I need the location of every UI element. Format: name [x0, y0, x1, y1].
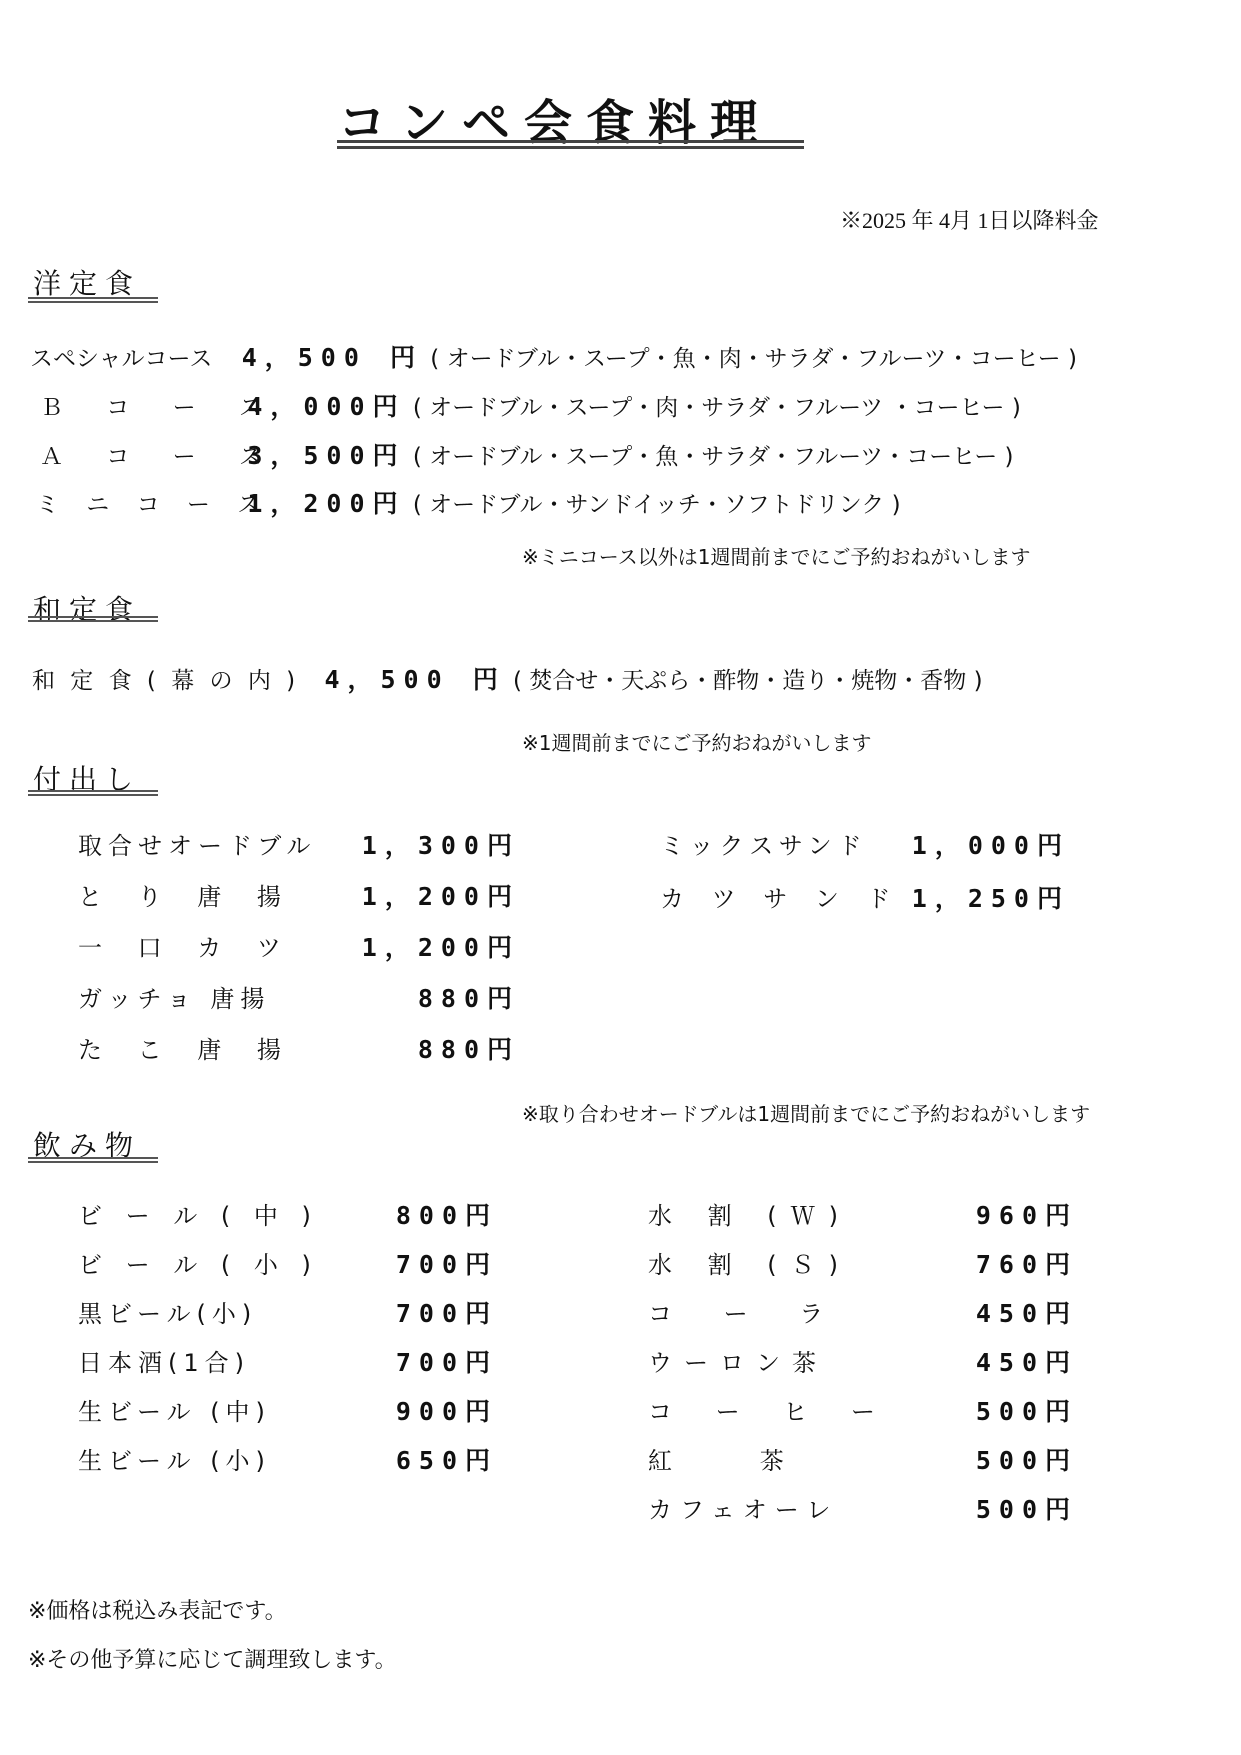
drinks-left-column: ビ ー ル ( 中 )800円 ビ ー ル ( 小 )700円 黒ビール(小)7…: [78, 1196, 498, 1490]
effective-date-note: ※2025 年 4月 1日以降料金: [840, 204, 1099, 235]
menu-item: ビ ー ル ( 中 )800円: [78, 1196, 498, 1245]
menu-item: ミックスサンド1，000円: [660, 826, 1070, 879]
section-underline: [28, 1157, 158, 1159]
course-name: Ｂ コ ー ス: [40, 389, 240, 422]
menu-item: ビ ー ル ( 小 )700円: [78, 1245, 498, 1294]
course-contents: ( オードブル・スープ・肉・サラダ・フルーツ ・コーヒー ): [413, 395, 1021, 421]
menu-item: 黒ビール(小)700円: [78, 1294, 498, 1343]
course-price: 3，500円: [247, 441, 405, 470]
course-price: 4，500 円: [242, 343, 423, 372]
section-underline: [28, 297, 158, 299]
menu-item: た こ 唐 揚880円: [78, 1030, 520, 1081]
course-price: 4，000円: [247, 392, 405, 421]
footer-note-tax: ※価格は税込み表記です。: [28, 1594, 287, 1625]
course-contents: ( オードブル・サンドイッチ・ソフトドリンク ): [413, 492, 901, 518]
menu-item: 水 割 (Ｗ)960円: [648, 1196, 1078, 1245]
section-heading-sides: 付出し: [33, 758, 141, 798]
section-heading-western: 洋定食: [33, 262, 141, 302]
course-row-special: スペシャルコース 4，500 円 ( オードブル・スープ・魚・肉・サラダ・フルー…: [30, 338, 1077, 374]
reservation-note-western: ※ミニコース以外は1週間前までにご予約おねがいします: [522, 541, 1030, 570]
course-name: 和 定 食 ( 幕 の 内 ): [32, 668, 299, 694]
sides-right-column: ミックスサンド1，000円 カ ツ サ ン ド1，250円: [660, 826, 1070, 932]
menu-item: 生ビール (中)900円: [78, 1392, 498, 1441]
course-contents: ( 焚合せ・天ぷら・酢物・造り・焼物・香物 ): [513, 668, 983, 694]
sides-left-column: 取合せオードブル1，300円 と り 唐 揚1，200円 一 口 カ ツ1，20…: [78, 826, 520, 1081]
menu-item: 水 割 (Ｓ)760円: [648, 1245, 1078, 1294]
course-row-b: Ｂ コ ー ス 4，000円 ( オードブル・スープ・肉・サラダ・フルーツ ・コ…: [40, 387, 1021, 423]
menu-item: カフェオーレ500円: [648, 1490, 1078, 1539]
section-underline-2: [28, 620, 158, 622]
reservation-note-sides: ※取り合わせオードブルは1週間前までにご予約おねがいします: [522, 1098, 1090, 1127]
menu-item: ガッチョ 唐揚880円: [78, 979, 520, 1030]
menu-item: 取合せオードブル1，300円: [78, 826, 520, 877]
section-heading-japanese: 和定食: [33, 588, 141, 628]
menu-item: 日本酒(1合)700円: [78, 1343, 498, 1392]
course-name: スペシャルコース: [30, 346, 212, 372]
drinks-right-column: 水 割 (Ｗ)960円 水 割 (Ｓ)760円 コ ー ラ450円 ウーロン茶4…: [648, 1196, 1078, 1539]
course-row-mini: ミ ニ コ ー ス 1，200円 ( オードブル・サンドイッチ・ソフトドリンク …: [36, 484, 901, 520]
section-underline-2: [28, 794, 158, 796]
section-underline-2: [28, 301, 158, 303]
course-price: 1，200円: [247, 489, 405, 518]
section-underline: [28, 790, 158, 792]
menu-item: ウーロン茶450円: [648, 1343, 1078, 1392]
menu-item: 生ビール (小)650円: [78, 1441, 498, 1490]
japanese-set-row: 和 定 食 ( 幕 の 内 ) 4，500 円 ( 焚合せ・天ぷら・酢物・造り・…: [32, 660, 983, 696]
course-name: Ａ コ ー ス: [40, 438, 240, 471]
footer-note-budget: ※その他予算に応じて調理致します。: [28, 1643, 397, 1674]
menu-item: 紅 茶500円: [648, 1441, 1078, 1490]
title-underline-2: [337, 146, 804, 149]
course-price: 4，500 円: [324, 665, 505, 694]
course-row-a: Ａ コ ー ス 3，500円 ( オードブル・スープ・魚・サラダ・フルーツ・コー…: [40, 436, 1014, 472]
menu-item: コ ー ヒ ー500円: [648, 1392, 1078, 1441]
section-underline-2: [28, 1161, 158, 1163]
menu-item: コ ー ラ450円: [648, 1294, 1078, 1343]
menu-item: カ ツ サ ン ド1，250円: [660, 879, 1070, 932]
course-name: ミ ニ コ ー ス: [36, 486, 240, 519]
course-contents: ( オードブル・スープ・魚・肉・サラダ・フルーツ・コーヒー ): [430, 346, 1077, 372]
reservation-note-japanese: ※1週間前までにご予約おねがいします: [522, 727, 871, 756]
course-contents: ( オードブル・スープ・魚・サラダ・フルーツ・コーヒー ): [413, 444, 1014, 470]
section-underline: [28, 616, 158, 618]
menu-item: と り 唐 揚1，200円: [78, 877, 520, 928]
menu-item: 一 口 カ ツ1，200円: [78, 928, 520, 979]
title-underline: [337, 140, 804, 143]
